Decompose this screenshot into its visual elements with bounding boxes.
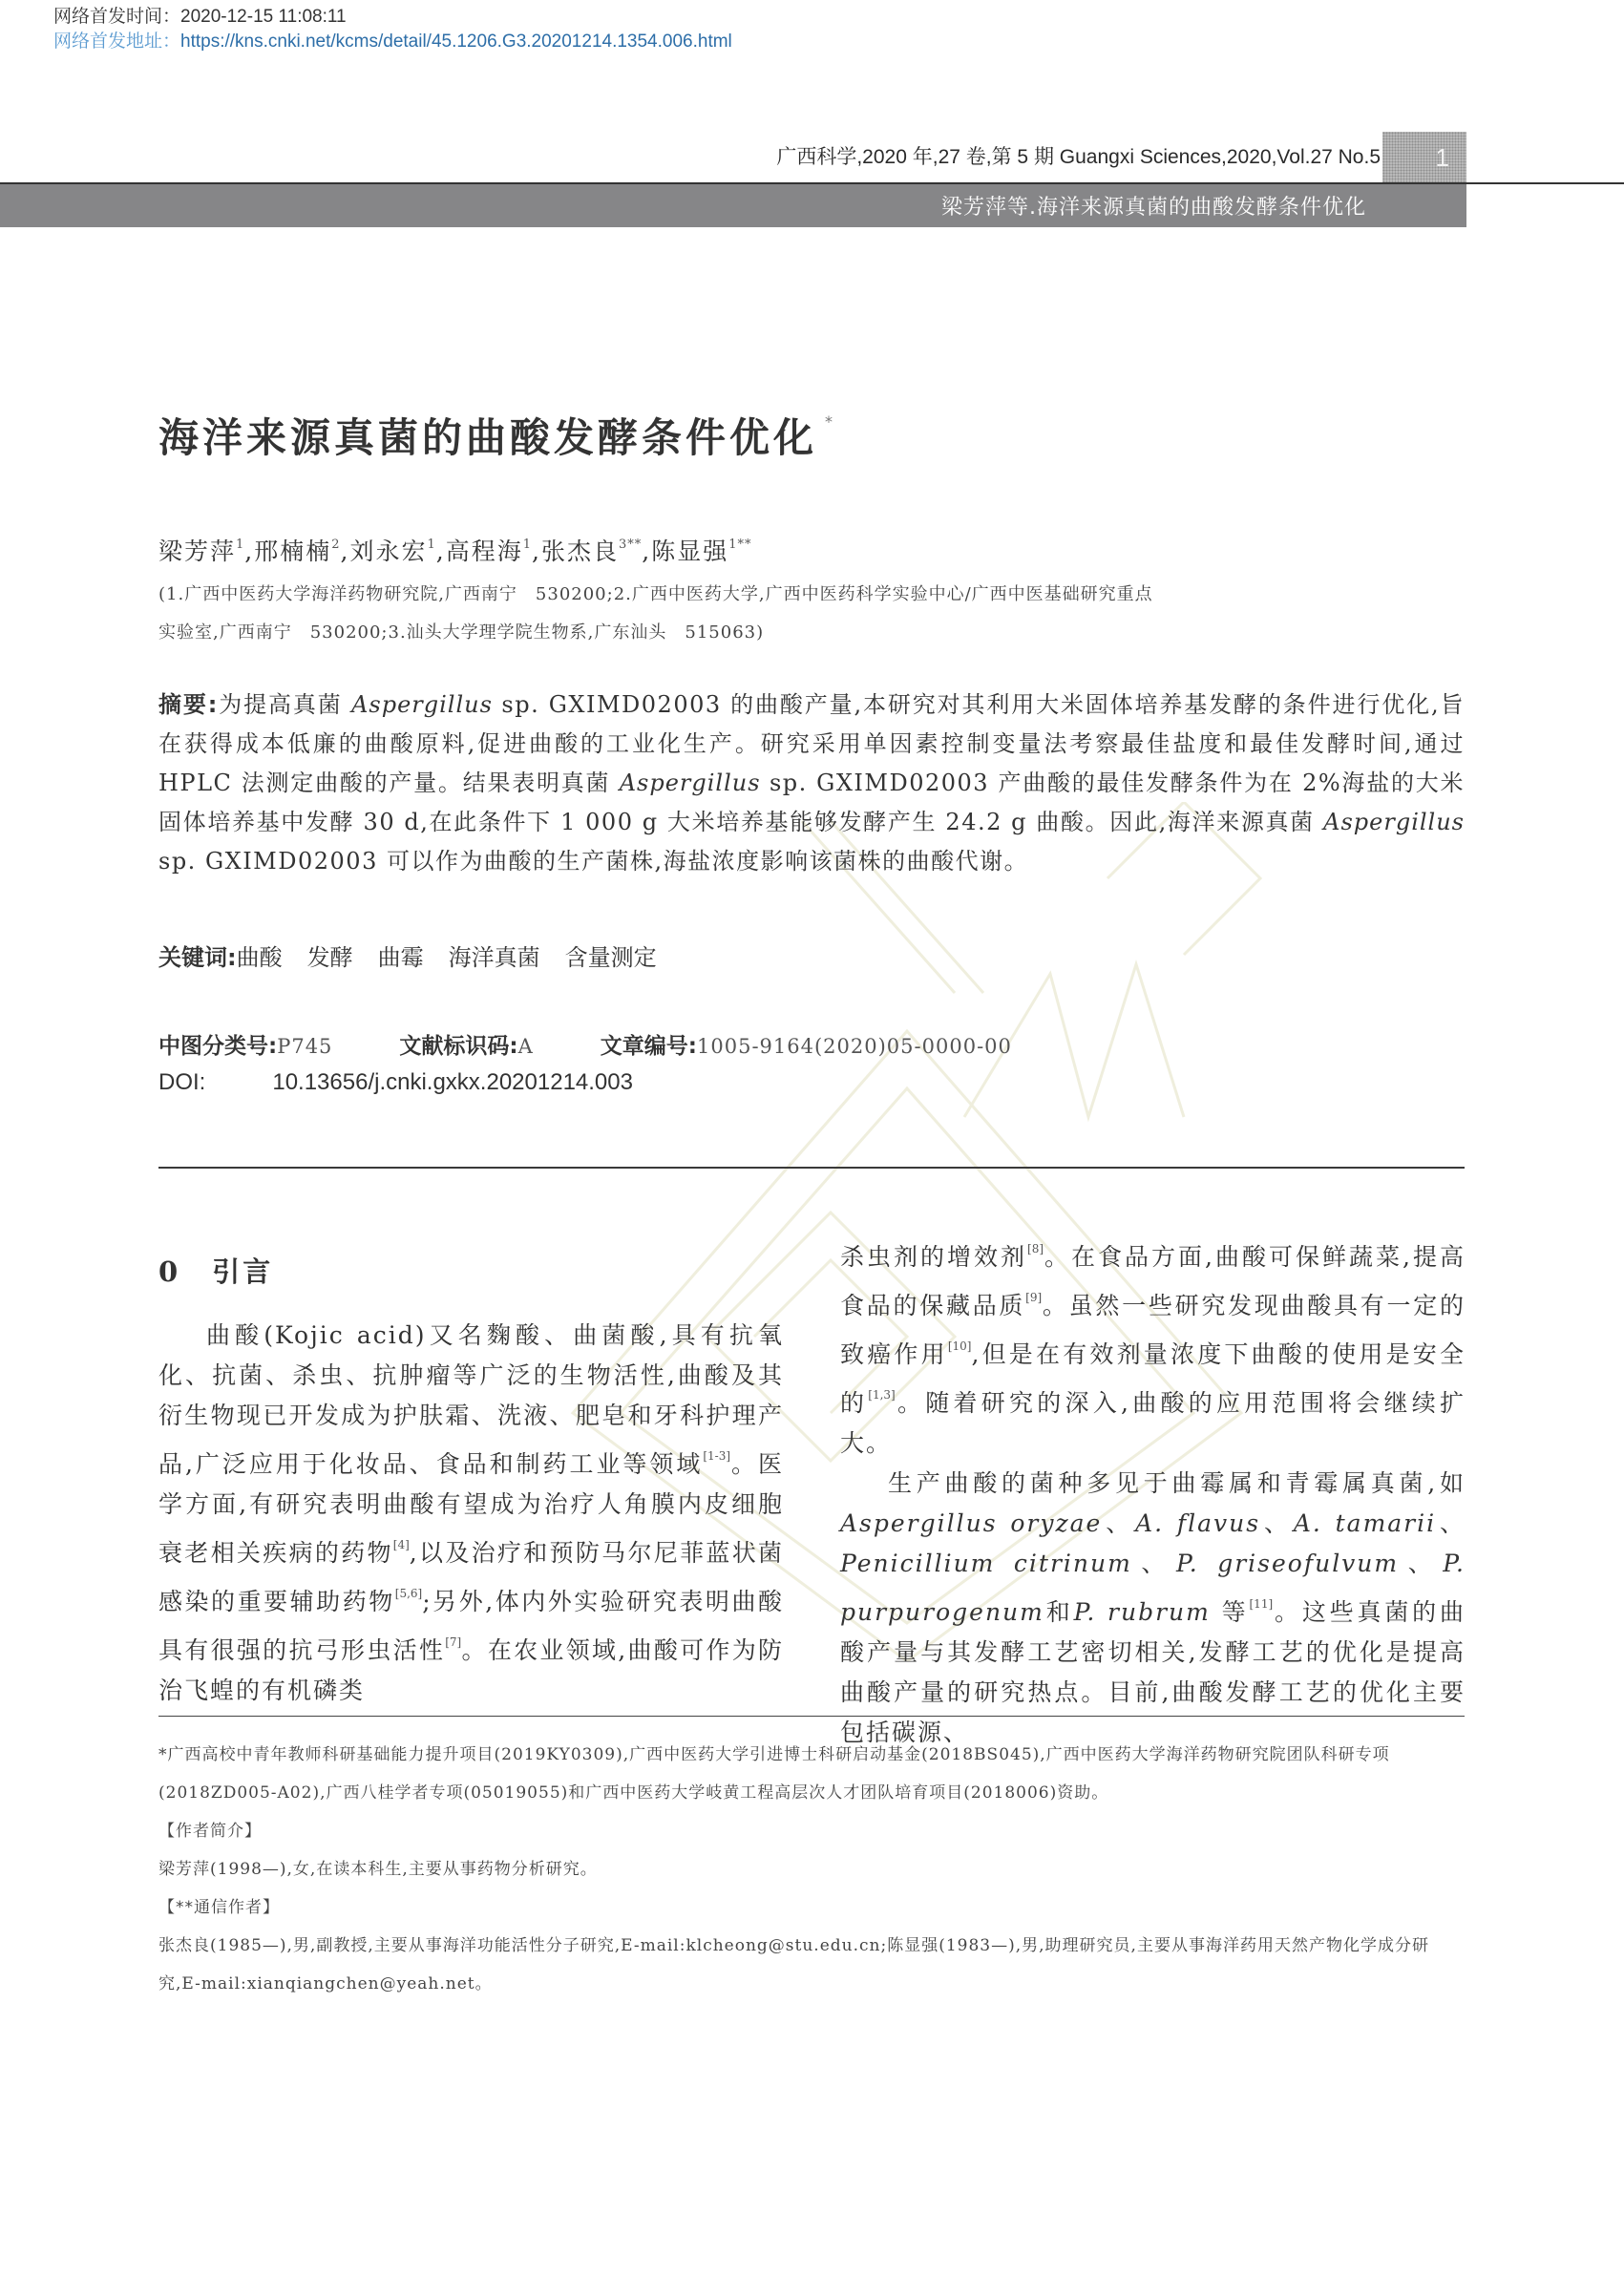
clc-label: 中图分类号:: [158, 1034, 277, 1059]
running-title: 梁芳萍等.海洋来源真菌的曲酸发酵条件优化: [941, 191, 1366, 221]
paragraph: 杀虫剂的增效剂[8]。在食品方面,曲酸可保鲜蔬菜,提高食品的保藏品质[9]。虽然…: [840, 1229, 1466, 1464]
page-number: 1: [1436, 143, 1449, 173]
species-name: A. flavus: [1135, 1509, 1260, 1537]
title-footnote-mark: *: [825, 412, 833, 431]
body-column-right: 杀虫剂的增效剂[8]。在食品方面,曲酸可保鲜蔬菜,提高食品的保藏品质[9]。虽然…: [840, 1229, 1466, 1753]
publish-time: 网络首发时间：2020-12-15 11:08:11: [53, 6, 347, 29]
species-name: Penicillium citrinum: [840, 1550, 1132, 1577]
author: 张杰良: [541, 538, 619, 565]
article-no-label: 文章编号:: [601, 1034, 697, 1059]
author: 邢楠楠: [254, 538, 331, 565]
footnote-rule: [158, 1716, 1465, 1717]
body-column-left: 曲酸(Kojic acid)又名麴酸、曲菌酸,具有抗氧化、抗菌、杀虫、抗肿瘤等广…: [158, 1316, 784, 1711]
doc-code-value: A: [518, 1035, 534, 1058]
page-number-box: 1: [1382, 132, 1466, 183]
section-number: 0: [158, 1255, 178, 1288]
abstract-text: 为提高真菌: [219, 691, 351, 718]
affiliations: (1.广西中医药大学海洋药物研究院,广西南宁 530200;2.广西中医药大学,…: [158, 576, 1476, 652]
paper-title: 海洋来源真菌的曲酸发酵条件优化*: [158, 407, 833, 464]
citation[interactable]: [4]: [393, 1538, 410, 1551]
doc-code-label: 文献标识码:: [399, 1034, 517, 1059]
species-name: Aspergillus: [1323, 809, 1465, 835]
author-intro-heading: 【作者简介】: [158, 1812, 1465, 1850]
clc-value: P745: [277, 1035, 332, 1058]
running-title-bar: 梁芳萍等.海洋来源真菌的曲酸发酵条件优化: [0, 184, 1466, 227]
funding-note: *广西高校中青年教师科研基础能力提升项目(2019KY0309),广西中医药大学…: [158, 1736, 1465, 1812]
species-name: P. rubrum: [1074, 1598, 1211, 1626]
author-affil-mark: 2: [331, 538, 340, 552]
article-no-value: 1005-9164(2020)05-0000-00: [697, 1035, 1012, 1058]
abstract-label: 摘要:: [158, 691, 219, 718]
keyword: 海洋真菌: [449, 944, 540, 971]
author-intro: 梁芳萍(1998—),女,在读本科生,主要从事药物分析研究。: [158, 1850, 1465, 1888]
section-heading: 0引言: [158, 1251, 273, 1290]
abstract: 摘要:为提高真菌 Aspergillus sp. GXIMD02003 的曲酸产…: [158, 686, 1465, 881]
author: 高程海: [446, 538, 523, 565]
citation[interactable]: [8]: [1027, 1242, 1044, 1255]
keyword: 含量测定: [565, 944, 657, 971]
publish-url-link[interactable]: https://kns.cnki.net/kcms/detail/45.1206…: [180, 32, 732, 52]
species-name: A. tamarii: [1294, 1509, 1436, 1537]
classification-line: 中图分类号:P745文献标识码:A文章编号:1005-9164(2020)05-…: [158, 1028, 1012, 1060]
citation[interactable]: [10]: [948, 1339, 972, 1353]
affiliation-line: (1.广西中医药大学海洋药物研究院,广西南宁 530200;2.广西中医药大学,…: [158, 576, 1476, 614]
paragraph: 曲酸(Kojic acid)又名麴酸、曲菌酸,具有抗氧化、抗菌、杀虫、抗肿瘤等广…: [158, 1316, 784, 1711]
species-name: Aspergillus: [351, 691, 493, 718]
keyword: 发酵: [307, 944, 353, 971]
author-affil-mark: 1: [523, 538, 532, 552]
section-title: 引言: [212, 1255, 273, 1288]
publish-time-label: 网络首发时间：: [53, 7, 180, 27]
species-name: Aspergillus: [620, 770, 761, 796]
affiliation-line: 实验室,广西南宁 530200;3.汕头大学理学院生物系,广东汕头 515063…: [158, 614, 1476, 652]
paragraph: 生产曲酸的菌种多见于曲霉属和青霉属真菌,如Aspergillus oryzae、…: [840, 1464, 1466, 1753]
species-name: P. griseofulvum: [1176, 1550, 1399, 1577]
author-affil-mark: 1: [428, 538, 436, 552]
corresponding-author: 张杰良(1985—),男,副教授,主要从事海洋功能活性分子研究,E-mail:k…: [158, 1927, 1465, 2003]
publish-url-label: 网络首发地址：: [53, 32, 180, 52]
author-affil-mark: 1: [236, 538, 244, 552]
doi-value[interactable]: 10.13656/j.cnki.gxkx.20201214.003: [272, 1069, 633, 1095]
doi-label: DOI:: [158, 1069, 205, 1095]
corresponding-author-heading: 【**通信作者】: [158, 1888, 1465, 1927]
citation[interactable]: [1,3]: [868, 1388, 895, 1402]
citation[interactable]: [11]: [1250, 1597, 1274, 1611]
publish-url: 网络首发地址：https://kns.cnki.net/kcms/detail/…: [53, 31, 732, 53]
author-list: 梁芳萍1,邢楠楠2,刘永宏1,高程海1,张杰良3**,陈显强1**: [158, 533, 752, 567]
author-affil-mark: 3**: [619, 538, 642, 552]
citation[interactable]: [7]: [445, 1635, 461, 1649]
footnotes: *广西高校中青年教师科研基础能力提升项目(2019KY0309),广西中医药大学…: [158, 1736, 1465, 2003]
author-affil-mark: 1**: [728, 538, 751, 552]
abstract-text: sp. GXIMD02003 可以作为曲酸的生产菌株,海盐浓度影响该菌株的曲酸代…: [158, 848, 1028, 875]
author: 陈显强: [651, 538, 728, 565]
author: 刘永宏: [350, 538, 428, 565]
journal-citation-line: 广西科学,2020 年,27 卷,第 5 期 Guangxi Sciences,…: [776, 141, 1381, 170]
publish-time-value: 2020-12-15 11:08:11: [180, 7, 347, 27]
keywords: 关键词:曲酸发酵曲霉海洋真菌含量测定: [158, 939, 682, 972]
citation[interactable]: [1-3]: [703, 1449, 730, 1463]
keyword: 曲霉: [378, 944, 424, 971]
species-name: Aspergillus oryzae: [840, 1509, 1102, 1537]
citation[interactable]: [5,6]: [395, 1587, 422, 1600]
author: 梁芳萍: [158, 538, 236, 565]
doi-line: DOI:10.13656/j.cnki.gxkx.20201214.003: [158, 1069, 633, 1096]
citation[interactable]: [9]: [1025, 1291, 1042, 1304]
paper-title-text: 海洋来源真菌的曲酸发酵条件优化: [158, 414, 817, 461]
keywords-label: 关键词:: [158, 944, 237, 971]
keyword: 曲酸: [237, 944, 283, 971]
section-divider: [158, 1167, 1465, 1169]
